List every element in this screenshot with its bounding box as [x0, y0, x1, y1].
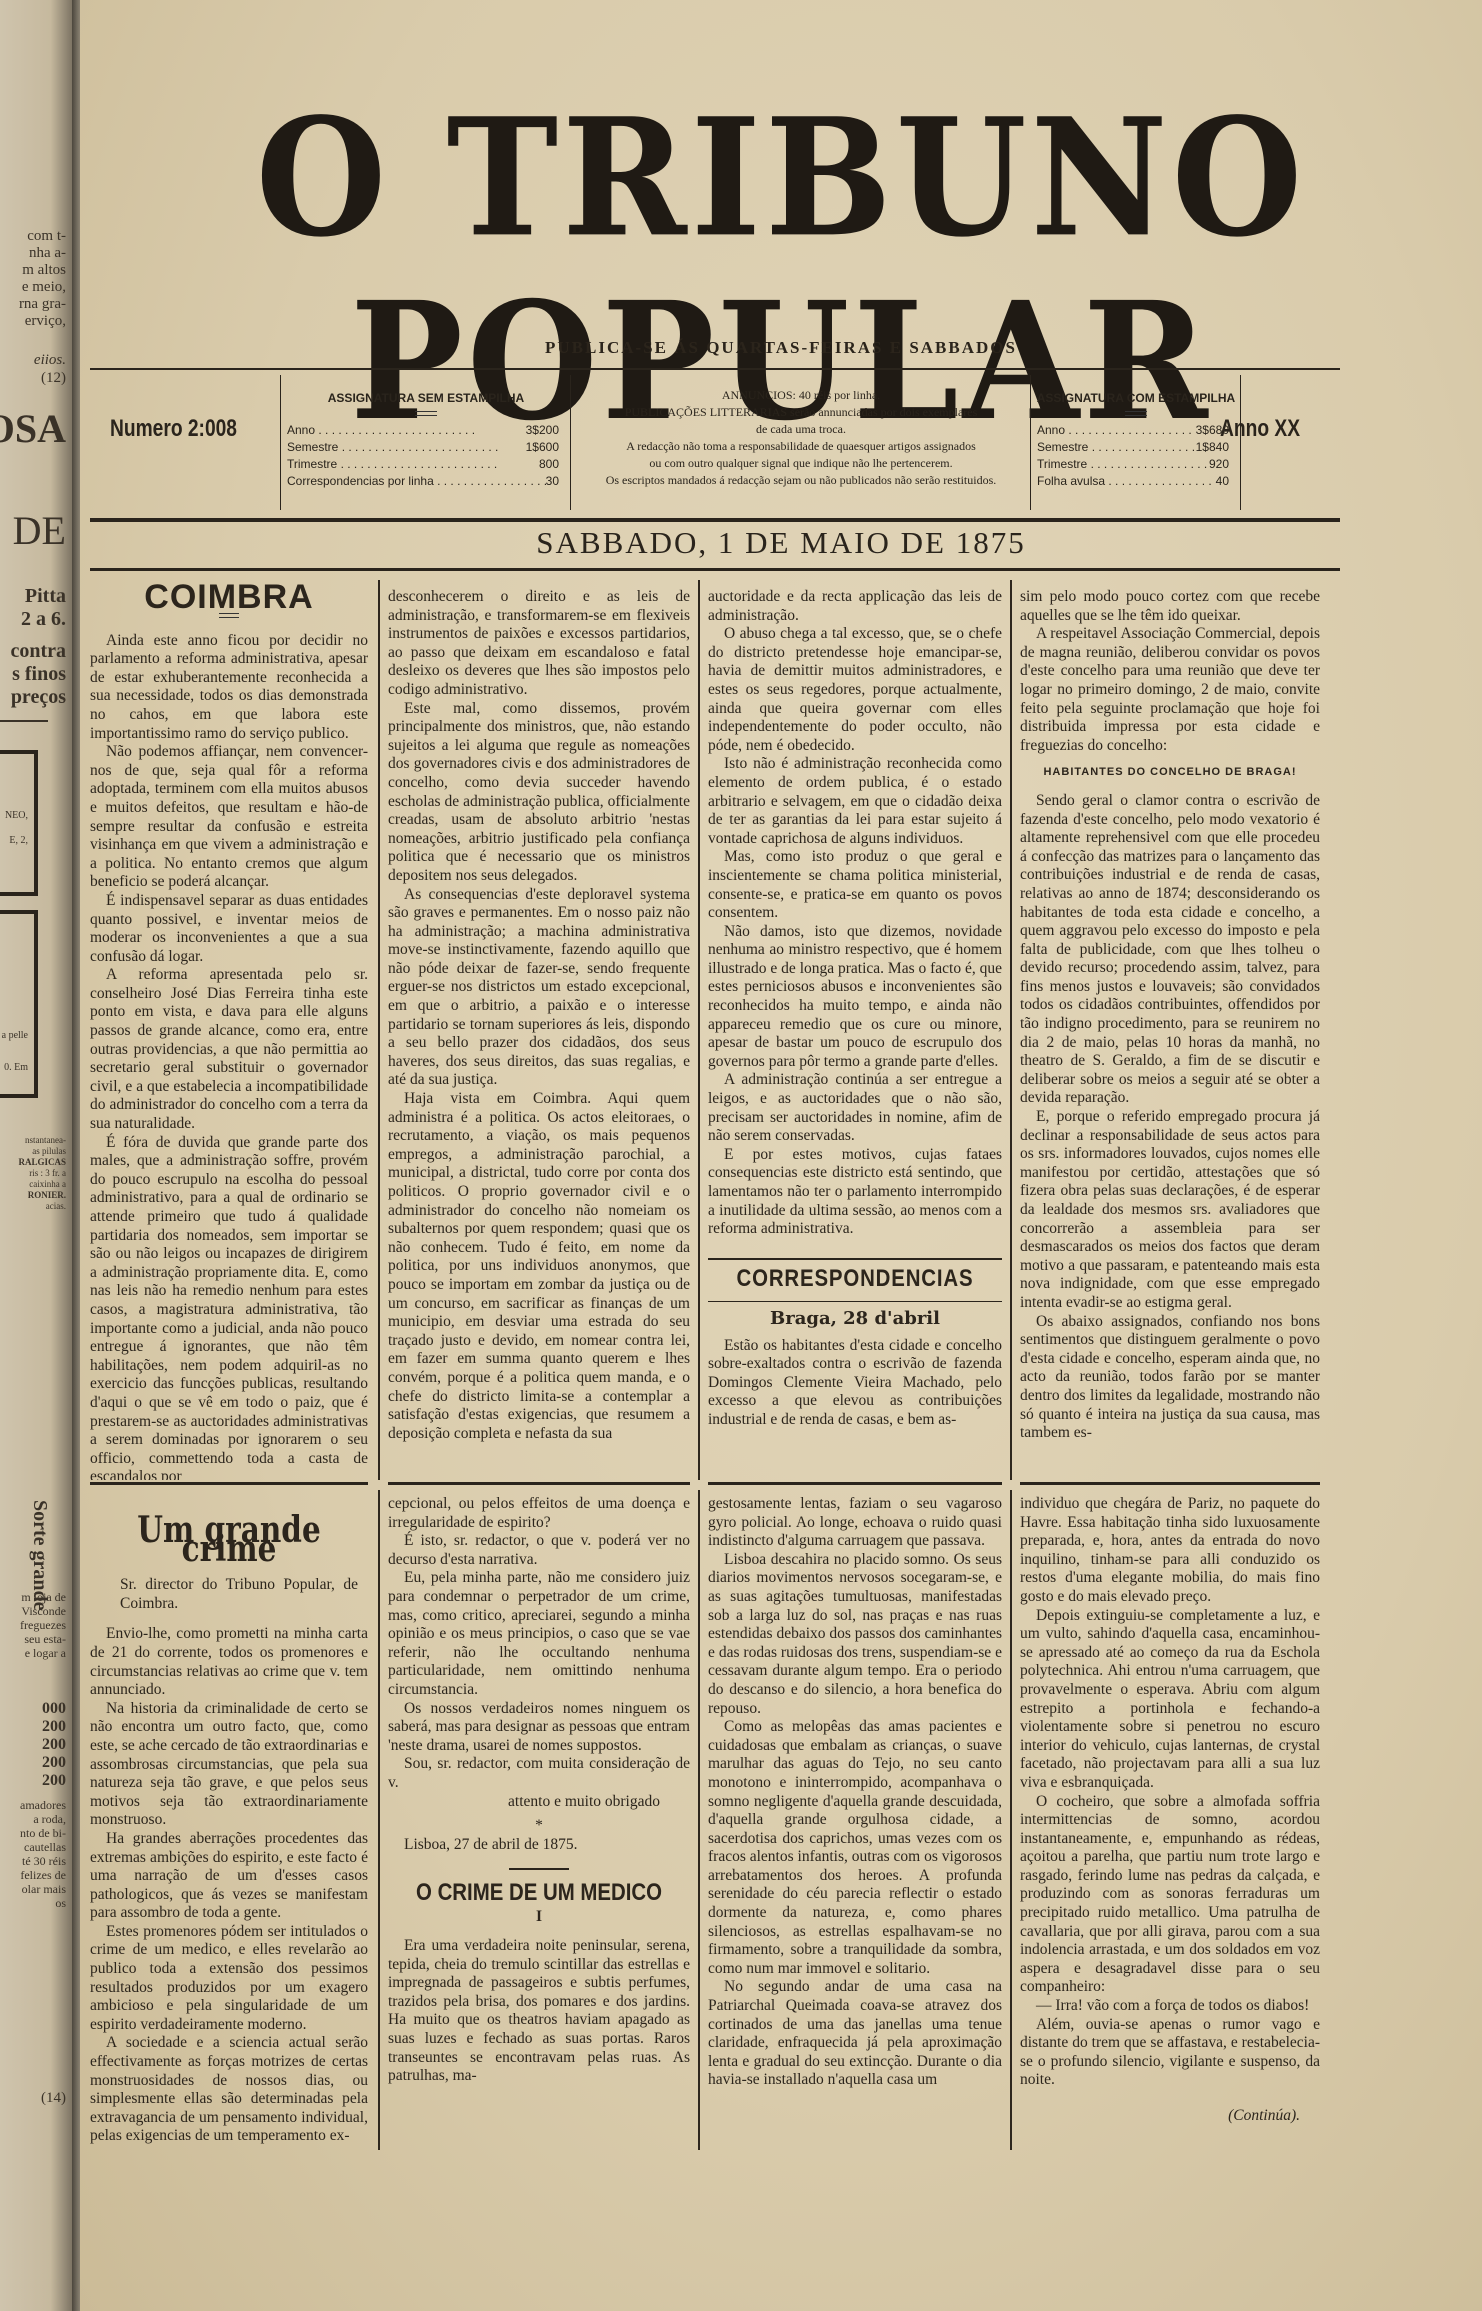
prev-lottery-value: 200	[42, 1736, 66, 1753]
price-row: Anno3$200	[281, 422, 571, 439]
column-divider	[698, 1490, 700, 2150]
prev-pharmacy-line: nstantanea-	[25, 1135, 66, 1146]
prev-lottery-tail: té 30 réis	[22, 1854, 66, 1868]
prev-fragment: rna gra-	[19, 296, 66, 313]
article-crime-medico-col3: gestosamente lentas, faziam o seu vagaro…	[708, 1495, 1002, 2155]
prev-lottery-line: seu esta-	[24, 1632, 66, 1646]
rule	[509, 1868, 569, 1870]
prev-pharmacy-line: as pilulas	[32, 1146, 66, 1157]
notice-line: PUBLICAÇÕES LITTERARIAS serão annunciada…	[571, 404, 1031, 421]
rule	[90, 1482, 368, 1485]
paragraph: Era uma verdadeira noite peninsular, ser…	[388, 1937, 690, 2086]
paragraph: gestosamente lentas, faziam o seu vagaro…	[708, 1495, 1002, 1551]
paragraph: desconhecerem o direito e as leis de adm…	[388, 588, 690, 700]
paragraph: É fóra de duvida que grande parte dos ma…	[90, 1134, 368, 1480]
paragraph: cepcional, ou pelos effeitos de uma doen…	[388, 1495, 690, 1532]
proclamation-title: HABITANTES DO CONCELHO DE BRAGA!	[1020, 763, 1320, 782]
price-row: Folha avulsa40	[1031, 473, 1241, 490]
paragraph: Não podemos affiançar, nem convencer-nos…	[90, 743, 368, 892]
paragraph: Eu, pela minha parte, não me considero j…	[388, 1569, 690, 1699]
notice-line: de cada uma troca.	[571, 421, 1031, 438]
rule	[708, 1482, 1002, 1485]
notice-line: ANNUNCIOS: 40 réis por linha.	[571, 387, 1031, 404]
prev-lottery-tail: felizes de	[20, 1868, 66, 1882]
paragraph: Os abaixo assignados, confiando nos bons…	[1020, 1313, 1320, 1443]
paragraph: Envio-lhe, como prometti na minha carta …	[90, 1625, 368, 1699]
prev-lottery-value: 200	[42, 1754, 66, 1771]
prev-lottery-tail: olar mais	[22, 1882, 66, 1896]
prev-box-line: NEO,	[5, 810, 28, 822]
prev-ad-line: contra	[10, 640, 66, 662]
newspaper-page: O TRIBUNO POPULAR PUBLICA-SE ÁS QUARTAS-…	[80, 0, 1482, 2311]
section-heading-correspondencias: CORRESPONDENCIAS	[730, 1270, 980, 1289]
paragraph: O cocheiro, que sobre a almofada soffria…	[1020, 1793, 1320, 1998]
column-divider	[378, 1490, 380, 2150]
paragraph: Estão os habitantes d'esta cidade e conc…	[708, 1337, 1002, 1430]
prev-ad-line: Pitta	[25, 585, 66, 607]
article-coimbra-col3: auctoridade e da recta applicação das le…	[708, 588, 1002, 1480]
dateline-braga: Braga, 28 d'abril	[708, 1310, 1002, 1329]
prev-lottery-value: 200	[42, 1718, 66, 1735]
rule	[388, 1482, 690, 1485]
paragraph: O abuso chega a tal excesso, que, se o c…	[708, 625, 1002, 755]
notice-line: ou com outro qualquer signal que indique…	[571, 455, 1031, 472]
paragraph: Mas, como isto produz o que geral e insc…	[708, 848, 1002, 922]
prev-box-line: E, 2,	[9, 835, 28, 847]
rule	[1020, 1482, 1320, 1485]
prev-pharmacy-line: RONIER.	[28, 1190, 66, 1201]
prev-fragment: m altos	[22, 262, 66, 279]
notice-line: A redacção não toma a responsabilidade d…	[571, 438, 1031, 455]
article-crime-medico-col4: individuo que chegára de Pariz, no paque…	[1020, 1495, 1320, 2155]
subscription-title: ASSIGNATURA SEM ESTAMPILHA	[281, 389, 571, 407]
prev-lottery-value: 200	[42, 1772, 66, 1789]
paragraph: No segundo andar de uma casa na Patriarc…	[708, 1978, 1002, 2090]
prev-footnote: (14)	[41, 2090, 66, 2107]
paragraph: Haja vista em Coimbra. Aqui quem adminis…	[388, 1090, 690, 1443]
rule	[708, 1301, 1002, 1303]
paragraph: É isto, sr. redactor, o que v. poderá ve…	[388, 1532, 690, 1569]
paragraph: Não damos, isto que dizemos, novidade ne…	[708, 923, 1002, 1072]
prev-ad-line: preços	[11, 686, 66, 708]
advertising-notice: ANNUNCIOS: 40 réis por linha. PUBLICAÇÕE…	[570, 375, 1031, 510]
sign-off: attento e muito obrigado	[388, 1793, 690, 1812]
prev-lottery-line: e logar a	[25, 1646, 66, 1660]
prev-lottery-tail: os	[55, 1896, 66, 1910]
prev-heading: DE	[13, 510, 66, 552]
page-gutter	[72, 0, 80, 2311]
double-dash	[1125, 411, 1147, 416]
prev-lottery-line: m loja de	[21, 1590, 66, 1604]
paragraph: Depois extinguiu-se completamente a luz,…	[1020, 1607, 1320, 1793]
paragraph: Sendo geral o clamor contra o escrivão d…	[1020, 792, 1320, 1108]
prev-lottery-tail: amadores	[20, 1798, 66, 1812]
prev-fragment: nha a-	[29, 245, 66, 262]
chapter-number: I	[388, 1908, 690, 1927]
prev-pharmacy-line: RALGICAS	[18, 1157, 66, 1168]
prev-ad-line: 2 a 6.	[21, 608, 66, 630]
paragraph: É indispensavel separar as duas entidade…	[90, 892, 368, 966]
paragraph: Ainda este anno ficou por decidir no par…	[90, 632, 368, 744]
prev-lottery-tail: a roda,	[33, 1812, 66, 1826]
notice-line: Os escriptos mandados á redacção sejam o…	[571, 472, 1031, 489]
prev-lottery-line: freguezes	[20, 1618, 66, 1632]
prev-pharmacy-line: ris : 3 fr. a	[29, 1168, 66, 1179]
price-row: Semestre1$840	[1031, 439, 1241, 456]
prev-fragment: erviço,	[25, 313, 66, 330]
subscription-title: ASSIGNATURA COM ESTAMPILHA	[1031, 389, 1241, 407]
prev-rule	[0, 720, 48, 722]
price-row: Semestre1$600	[281, 439, 571, 456]
prev-fragment: e meio,	[22, 279, 66, 296]
column-divider	[698, 580, 700, 1480]
prev-box-line: 0. Em	[4, 1062, 28, 1074]
paragraph: Na historia da criminalidade de certo se…	[90, 1700, 368, 1830]
column-divider	[1010, 580, 1012, 1480]
prev-fragment: (12)	[41, 370, 66, 387]
paragraph: Além, ouvia-se apenas o rumor vago e dis…	[1020, 2016, 1320, 2090]
article-coimbra-col1: COIMBRA Ainda este anno ficou por decidi…	[90, 580, 368, 1480]
paragraph: E por estes motivos, cujas fataes conseq…	[708, 1146, 1002, 1239]
paragraph: Sou, sr. redactor, com muita consideraçã…	[388, 1755, 690, 1792]
article-correspondencias-col4: sim pelo modo pouco cortez com que receb…	[1020, 588, 1320, 1480]
paragraph: Ha grandes aberrações procedentes das ex…	[90, 1830, 368, 1923]
paragraph: Este mal, como dissemos, provém principa…	[388, 700, 690, 886]
article-heading: O CRIME DE UM MEDICO	[411, 1884, 668, 1903]
paragraph: Lisboa descahira no placido somno. Os se…	[708, 1551, 1002, 1718]
paragraph: — Irra! vão com a força de todos os diab…	[1020, 1997, 1320, 2016]
prev-pharmacy-line: acias.	[46, 1201, 66, 1212]
paragraph: Como as melopêas das amas pacientes e cu…	[708, 1718, 1002, 1978]
paragraph: As consequencias d'este deploravel syste…	[388, 886, 690, 1091]
rule	[90, 568, 1340, 571]
rule	[90, 368, 1340, 370]
article-grande-crime-col1: Um grande crime Sr. director do Tribuno …	[90, 1495, 368, 2155]
price-row: Anno3$680	[1031, 422, 1241, 439]
paragraph: auctoridade e da recta applicação das le…	[708, 588, 1002, 625]
volume-year: Anno XX	[1220, 415, 1300, 443]
prev-fragment: com t-	[27, 228, 66, 245]
prev-box-line: a pelle	[2, 1030, 28, 1042]
prev-heading: OSA	[0, 408, 66, 450]
price-row: Trimestre800	[281, 456, 571, 473]
continued-note: (Continúa).	[1020, 2107, 1320, 2126]
issue-number: Numero 2:008	[110, 415, 237, 443]
column-divider	[378, 580, 380, 1480]
prev-lottery-tail: nto de bi-	[20, 1826, 66, 1840]
article-coimbra-col2: desconhecerem o direito e as leis de adm…	[388, 588, 690, 1480]
subscription-with-stamp: ASSIGNATURA COM ESTAMPILHA Anno3$680 Sem…	[1030, 375, 1241, 510]
paragraph: A sociedade e a sciencia actual serão ef…	[90, 2034, 368, 2146]
publication-schedule: PUBLICA-SE ÁS QUARTAS-FEIRAS E SABBADOS	[80, 338, 1482, 358]
prev-pharmacy-line: caixinha a	[29, 1179, 66, 1190]
salutation: Sr. director do Tribuno Popular, de Coim…	[90, 1576, 368, 1613]
rule	[708, 1258, 1002, 1260]
prev-fragment: eiios.	[34, 352, 66, 369]
prev-ad-line: s finos	[12, 663, 66, 685]
paragraph: sim pelo modo pouco cortez com que receb…	[1020, 588, 1320, 625]
signature-asterisk: *	[388, 1817, 690, 1836]
paragraph: A respeitavel Associação Commercial, dep…	[1020, 625, 1320, 755]
article-grande-crime-col2: cepcional, ou pelos effeitos de uma doen…	[388, 1495, 690, 2155]
previous-page-edge: com t- nha a- m altos e meio, rna gra- e…	[0, 0, 72, 2311]
paragraph: individuo que chegára de Pariz, no paque…	[1020, 1495, 1320, 1607]
article-heading: COIMBRA	[90, 588, 368, 607]
article-heading: Um grande crime	[115, 1521, 343, 1558]
paragraph: E, porque o referido empregado procura j…	[1020, 1108, 1320, 1313]
prev-lottery-value: 000	[42, 1700, 66, 1717]
paragraph: A administração continúa a ser entregue …	[708, 1071, 1002, 1145]
prev-lottery-tail: cautellas	[24, 1840, 66, 1854]
prev-ornamental-box	[0, 750, 38, 896]
prev-lottery-line: Visconde	[21, 1604, 66, 1618]
double-dash	[415, 411, 437, 416]
place-date: Lisboa, 27 de abril de 1875.	[388, 1836, 690, 1855]
paragraph: Os nossos verdadeiros nomes ninguem os s…	[388, 1700, 690, 1756]
price-row: Trimestre920	[1031, 456, 1241, 473]
subscription-infobar: Numero 2:008 ASSIGNATURA SEM ESTAMPILHA …	[80, 375, 1340, 510]
subscription-without-stamp: ASSIGNATURA SEM ESTAMPILHA Anno3$200 Sem…	[280, 375, 571, 510]
rule	[90, 518, 1340, 522]
paragraph: A reforma apresentada pelo sr. conselhei…	[90, 966, 368, 1133]
price-row: Correspondencias por linha30	[281, 473, 571, 490]
paragraph: Estes promenores pódem ser intitulados o…	[90, 1923, 368, 2035]
issue-date: SABBADO, 1 DE MAIO DE 1875	[80, 525, 1482, 561]
column-divider	[1010, 1490, 1012, 2150]
paragraph: Isto não é administração reconhecida com…	[708, 755, 1002, 848]
